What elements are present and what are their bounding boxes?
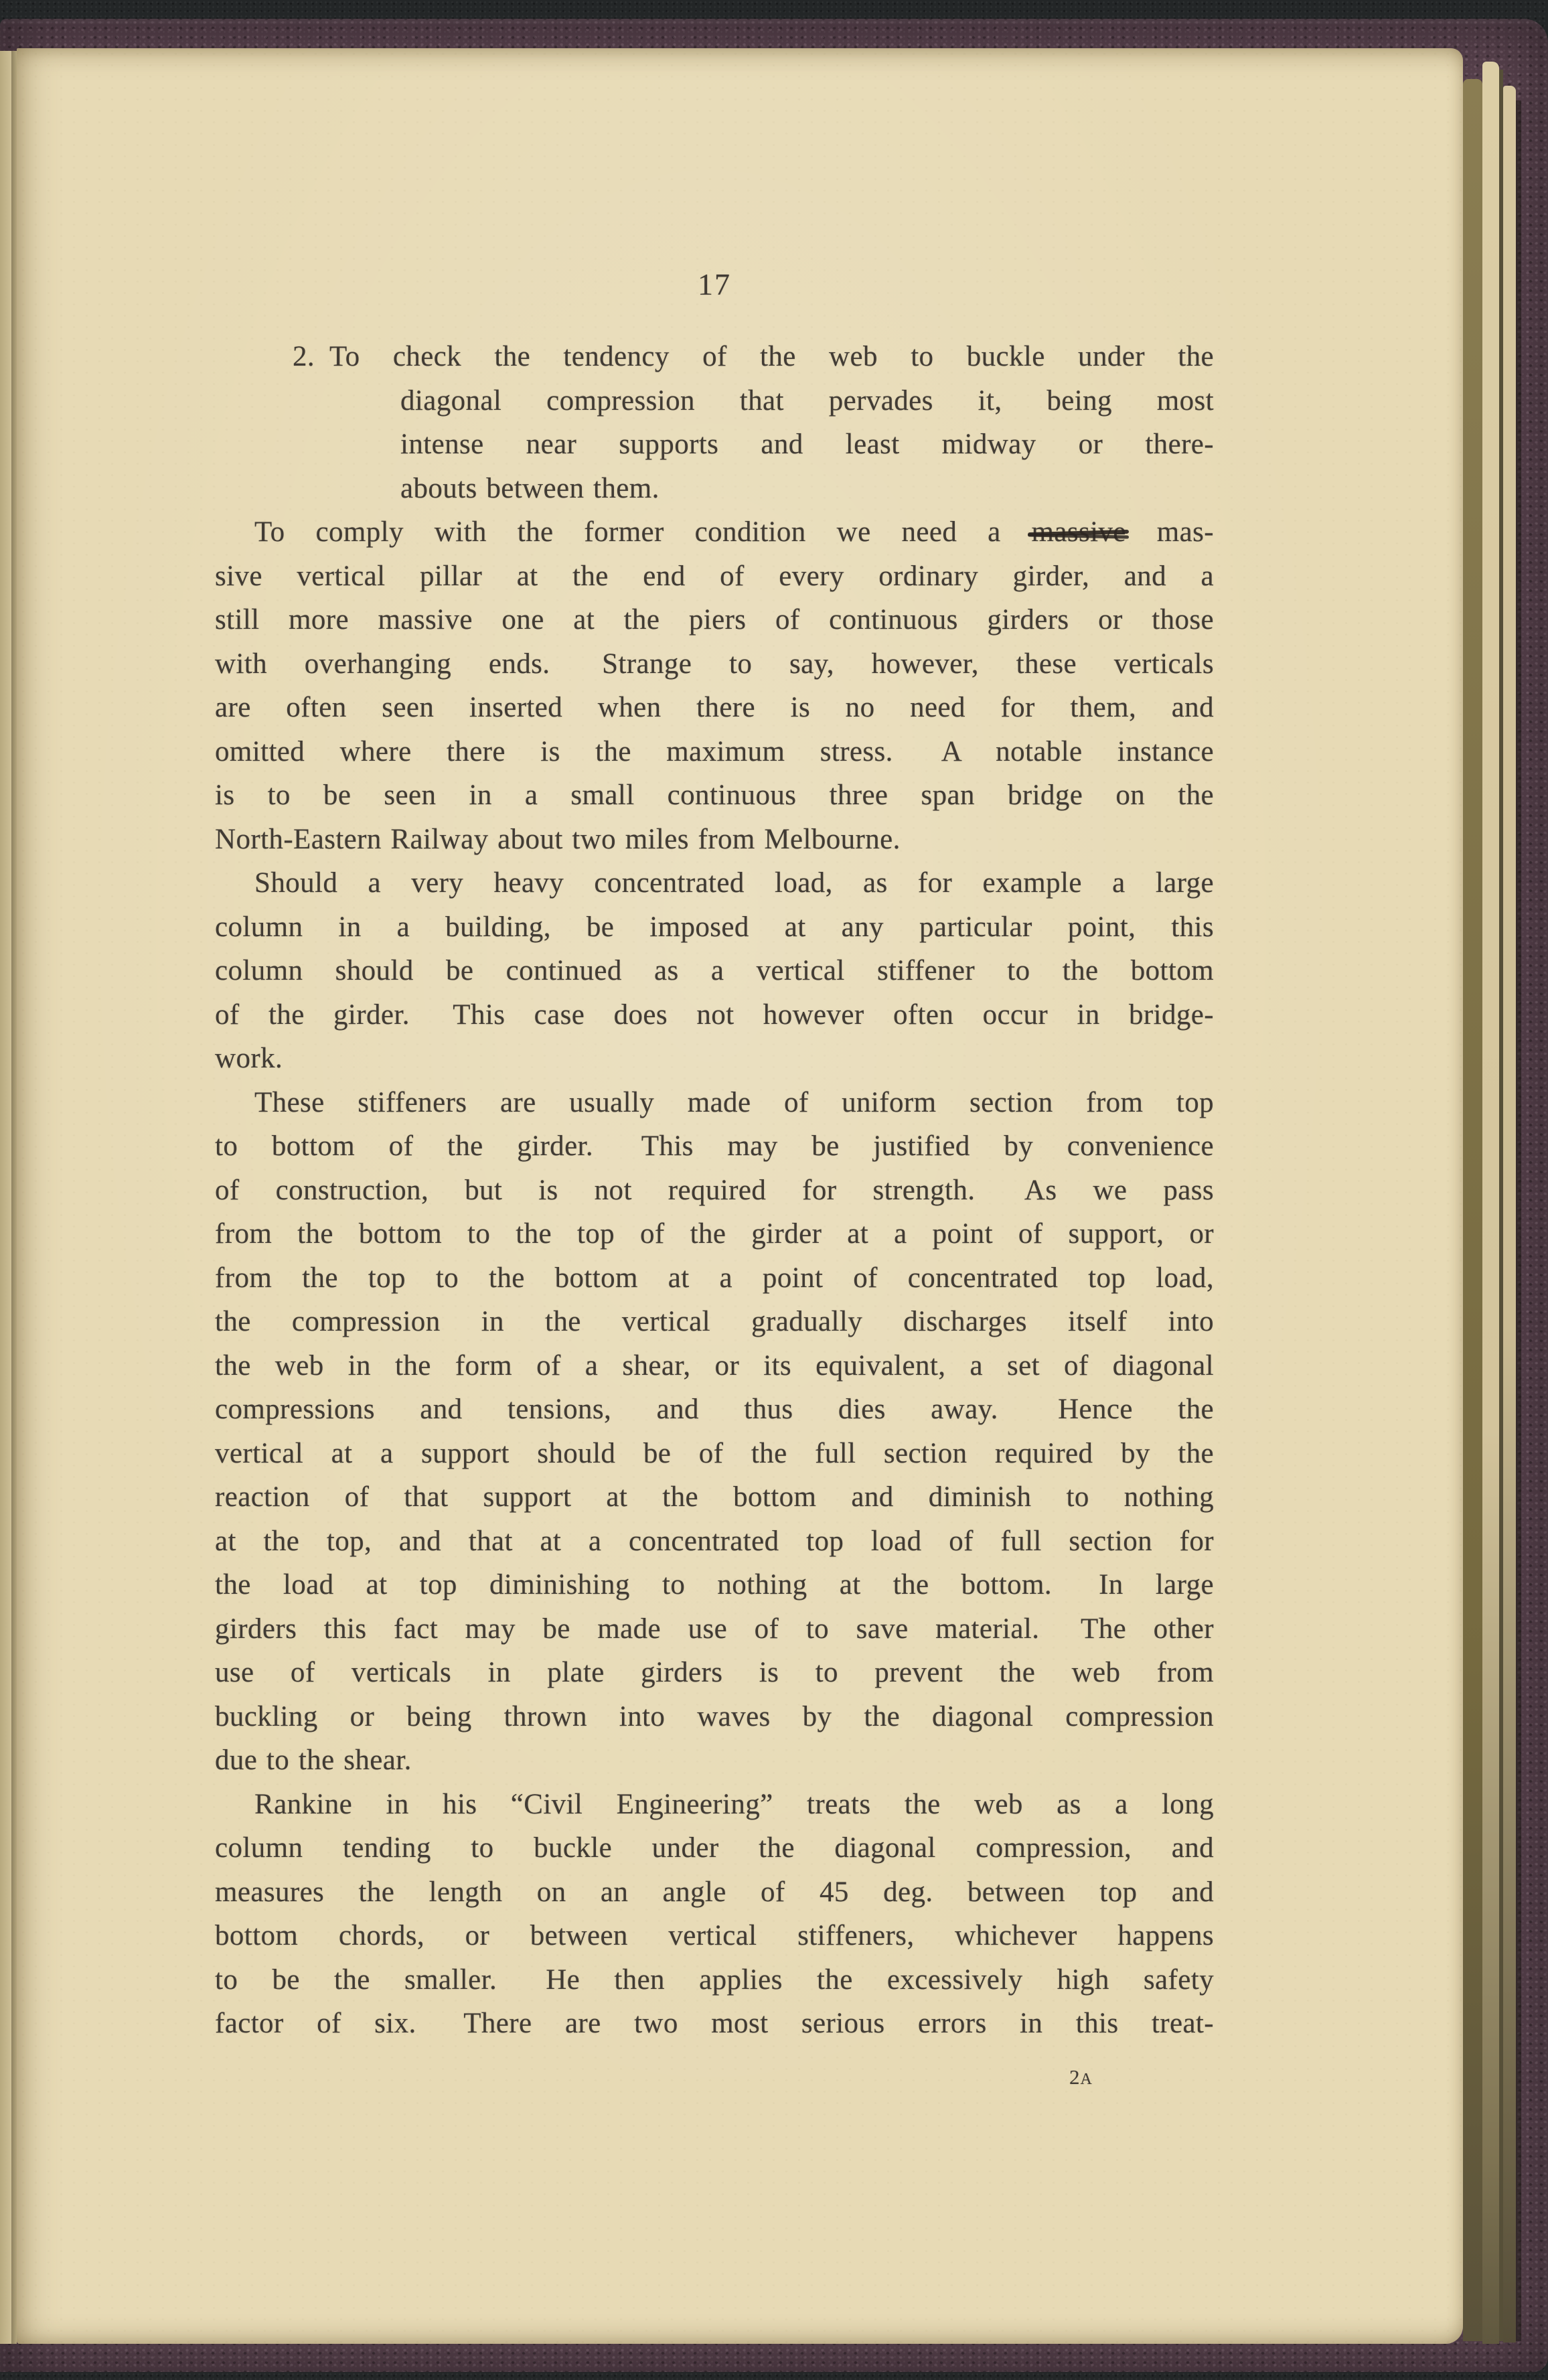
text-segment: compressions and tensions, and thus dies… — [215, 1394, 1214, 1425]
text-line: intense near supports and least midway o… — [215, 423, 1214, 467]
text-line: To comply with the former condition we n… — [215, 510, 1214, 554]
text-segment: Should a very heavy concentrated load, a… — [254, 867, 1214, 899]
photo-backdrop: 17 2. To check the tendency of the web t… — [0, 0, 1548, 2380]
text-line: the web in the form of a shear, or its e… — [215, 1344, 1214, 1388]
text-segment: is to be seen in a small continuous thre… — [215, 779, 1214, 811]
text-segment: work. — [215, 1043, 283, 1074]
text-line: with overhanging ends. Strange to say, h… — [215, 642, 1214, 686]
text-line: girders this fact may be made use of to … — [215, 1607, 1214, 1651]
text-segment: omitted where there is the maximum stres… — [215, 736, 1214, 767]
text-segment: Rankine in his “Civil Engineering” treat… — [254, 1789, 1214, 1820]
text-segment: the load at top diminishing to nothing a… — [215, 1569, 1214, 1601]
text-segment: column in a building, be imposed at any … — [215, 911, 1214, 943]
text-line: use of verticals in plate girders is to … — [215, 1651, 1214, 1695]
text-line: abouts between them. — [215, 467, 1214, 511]
text-line: of construction, but is not required for… — [215, 1169, 1214, 1213]
text-segment: To comply with the former condition we n… — [254, 516, 1032, 548]
text-segment: to be the smaller. He then applies the e… — [215, 1964, 1214, 1996]
text-line: diagonal compression that pervades it, b… — [215, 379, 1214, 423]
text-segment: the compression in the vertical graduall… — [215, 1306, 1214, 1337]
gutter-page-edge — [0, 51, 11, 2344]
gutter-crease — [11, 51, 17, 2344]
text-segment: abouts between them. — [400, 473, 660, 504]
text-line: are often seen inserted when there is no… — [215, 686, 1214, 730]
text-line: from the bottom to the top of the girder… — [215, 1212, 1214, 1256]
text-line: work. — [215, 1037, 1214, 1081]
text-segment: buckling or being thrown into waves by t… — [215, 1701, 1214, 1732]
text-segment: diagonal compression that pervades it, b… — [400, 385, 1214, 417]
text-line: bottom chords, or between vertical stiff… — [215, 1914, 1214, 1958]
text-line: Rankine in his “Civil Engineering” treat… — [215, 1783, 1214, 1827]
text-line: reaction of that support at the bottom a… — [215, 1475, 1214, 1519]
text-segment: measures the length on an angle of 45 de… — [215, 1876, 1214, 1908]
text-segment: from the top to the bottom at a point of… — [215, 1262, 1214, 1294]
text-line: the compression in the vertical graduall… — [215, 1300, 1214, 1344]
text-segment: vertical at a support should be of the f… — [215, 1438, 1214, 1469]
text-line: to bottom of the girder. This may be jus… — [215, 1124, 1214, 1169]
struck-word: massive — [1032, 516, 1126, 548]
book-page: 17 2. To check the tendency of the web t… — [17, 48, 1463, 2344]
text-segment: column should be continued as a vertical… — [215, 955, 1214, 986]
text-line: These stiffeners are usually made of uni… — [215, 1081, 1214, 1125]
text-segment: reaction of that support at the bottom a… — [215, 1481, 1214, 1513]
text-lines: 2. To check the tendency of the web to b… — [215, 335, 1214, 2046]
text-line: column in a building, be imposed at any … — [215, 905, 1214, 950]
text-segment: use of verticals in plate girders is to … — [215, 1657, 1214, 1688]
text-line: of the girder. This case does not howeve… — [215, 993, 1214, 1037]
text-segment: girders this fact may be made use of to … — [215, 1613, 1214, 1645]
text-segment: at the top, and that at a concentrated t… — [215, 1526, 1214, 1557]
text-line: measures the length on an angle of 45 de… — [215, 1870, 1214, 1915]
text-segment: intense near supports and least midway o… — [400, 429, 1214, 460]
text-segment: column tending to buckle under the diago… — [215, 1832, 1214, 1864]
text-line: Should a very heavy concentrated load, a… — [215, 861, 1214, 905]
text-segment: of the girder. This case does not howeve… — [215, 999, 1214, 1031]
text-segment: are often seen inserted when there is no… — [215, 692, 1214, 723]
page-stack-edge — [1482, 62, 1499, 2344]
text-segment: due to the shear. — [215, 1744, 412, 1776]
text-segment: the web in the form of a shear, or its e… — [215, 1350, 1214, 1382]
text-line: is to be seen in a small continuous thre… — [215, 773, 1214, 818]
text-line: compressions and tensions, and thus dies… — [215, 1388, 1214, 1432]
page-number: 17 — [215, 267, 1214, 302]
cover-shadow-gap — [1516, 100, 1521, 2341]
signature-numeral: 2 — [1069, 2065, 1081, 2089]
text-line: buckling or being thrown into waves by t… — [215, 1695, 1214, 1739]
text-segment: with overhanging ends. Strange to say, h… — [215, 648, 1214, 680]
text-line: column should be continued as a vertical… — [215, 949, 1214, 993]
text-segment: North-Eastern Railway about two miles fr… — [215, 824, 901, 855]
text-segment: 2. To check the tendency of the web to b… — [293, 341, 1214, 372]
signature-letter: A — [1081, 2071, 1093, 2088]
text-segment: from the bottom to the top of the girder… — [215, 1218, 1214, 1250]
text-line: vertical at a support should be of the f… — [215, 1432, 1214, 1476]
text-segment: sive vertical pillar at the end of every… — [215, 561, 1214, 592]
fore-edge-shadow — [1463, 79, 1482, 2341]
text-line: due to the shear. — [215, 1738, 1214, 1783]
text-line: the load at top diminishing to nothing a… — [215, 1563, 1214, 1607]
text-line: factor of six. There are two most seriou… — [215, 2002, 1214, 2046]
text-segment: still more massive one at the piers of c… — [215, 604, 1214, 636]
text-line: sive vertical pillar at the end of every… — [215, 554, 1214, 599]
text-line: column tending to buckle under the diago… — [215, 1826, 1214, 1870]
page-stack-edge — [1503, 86, 1516, 2342]
text-segment: of construction, but is not required for… — [215, 1175, 1214, 1206]
text-line: omitted where there is the maximum stres… — [215, 730, 1214, 774]
text-segment: mas- — [1126, 516, 1214, 548]
text-segment: These stiffeners are usually made of uni… — [254, 1087, 1214, 1118]
text-line: North-Eastern Railway about two miles fr… — [215, 818, 1214, 862]
text-line: still more massive one at the piers of c… — [215, 598, 1214, 642]
text-line: from the top to the bottom at a point of… — [215, 1256, 1214, 1300]
text-segment: to bottom of the girder. This may be jus… — [215, 1130, 1214, 1162]
text-line: to be the smaller. He then applies the e… — [215, 1958, 1214, 2002]
text-line: at the top, and that at a concentrated t… — [215, 1519, 1214, 1564]
text-line: 2. To check the tendency of the web to b… — [215, 335, 1214, 379]
text-segment: factor of six. There are two most seriou… — [215, 2008, 1214, 2039]
text-segment: bottom chords, or between vertical stiff… — [215, 1920, 1214, 1951]
signature-mark: 2A — [1069, 2065, 1093, 2089]
